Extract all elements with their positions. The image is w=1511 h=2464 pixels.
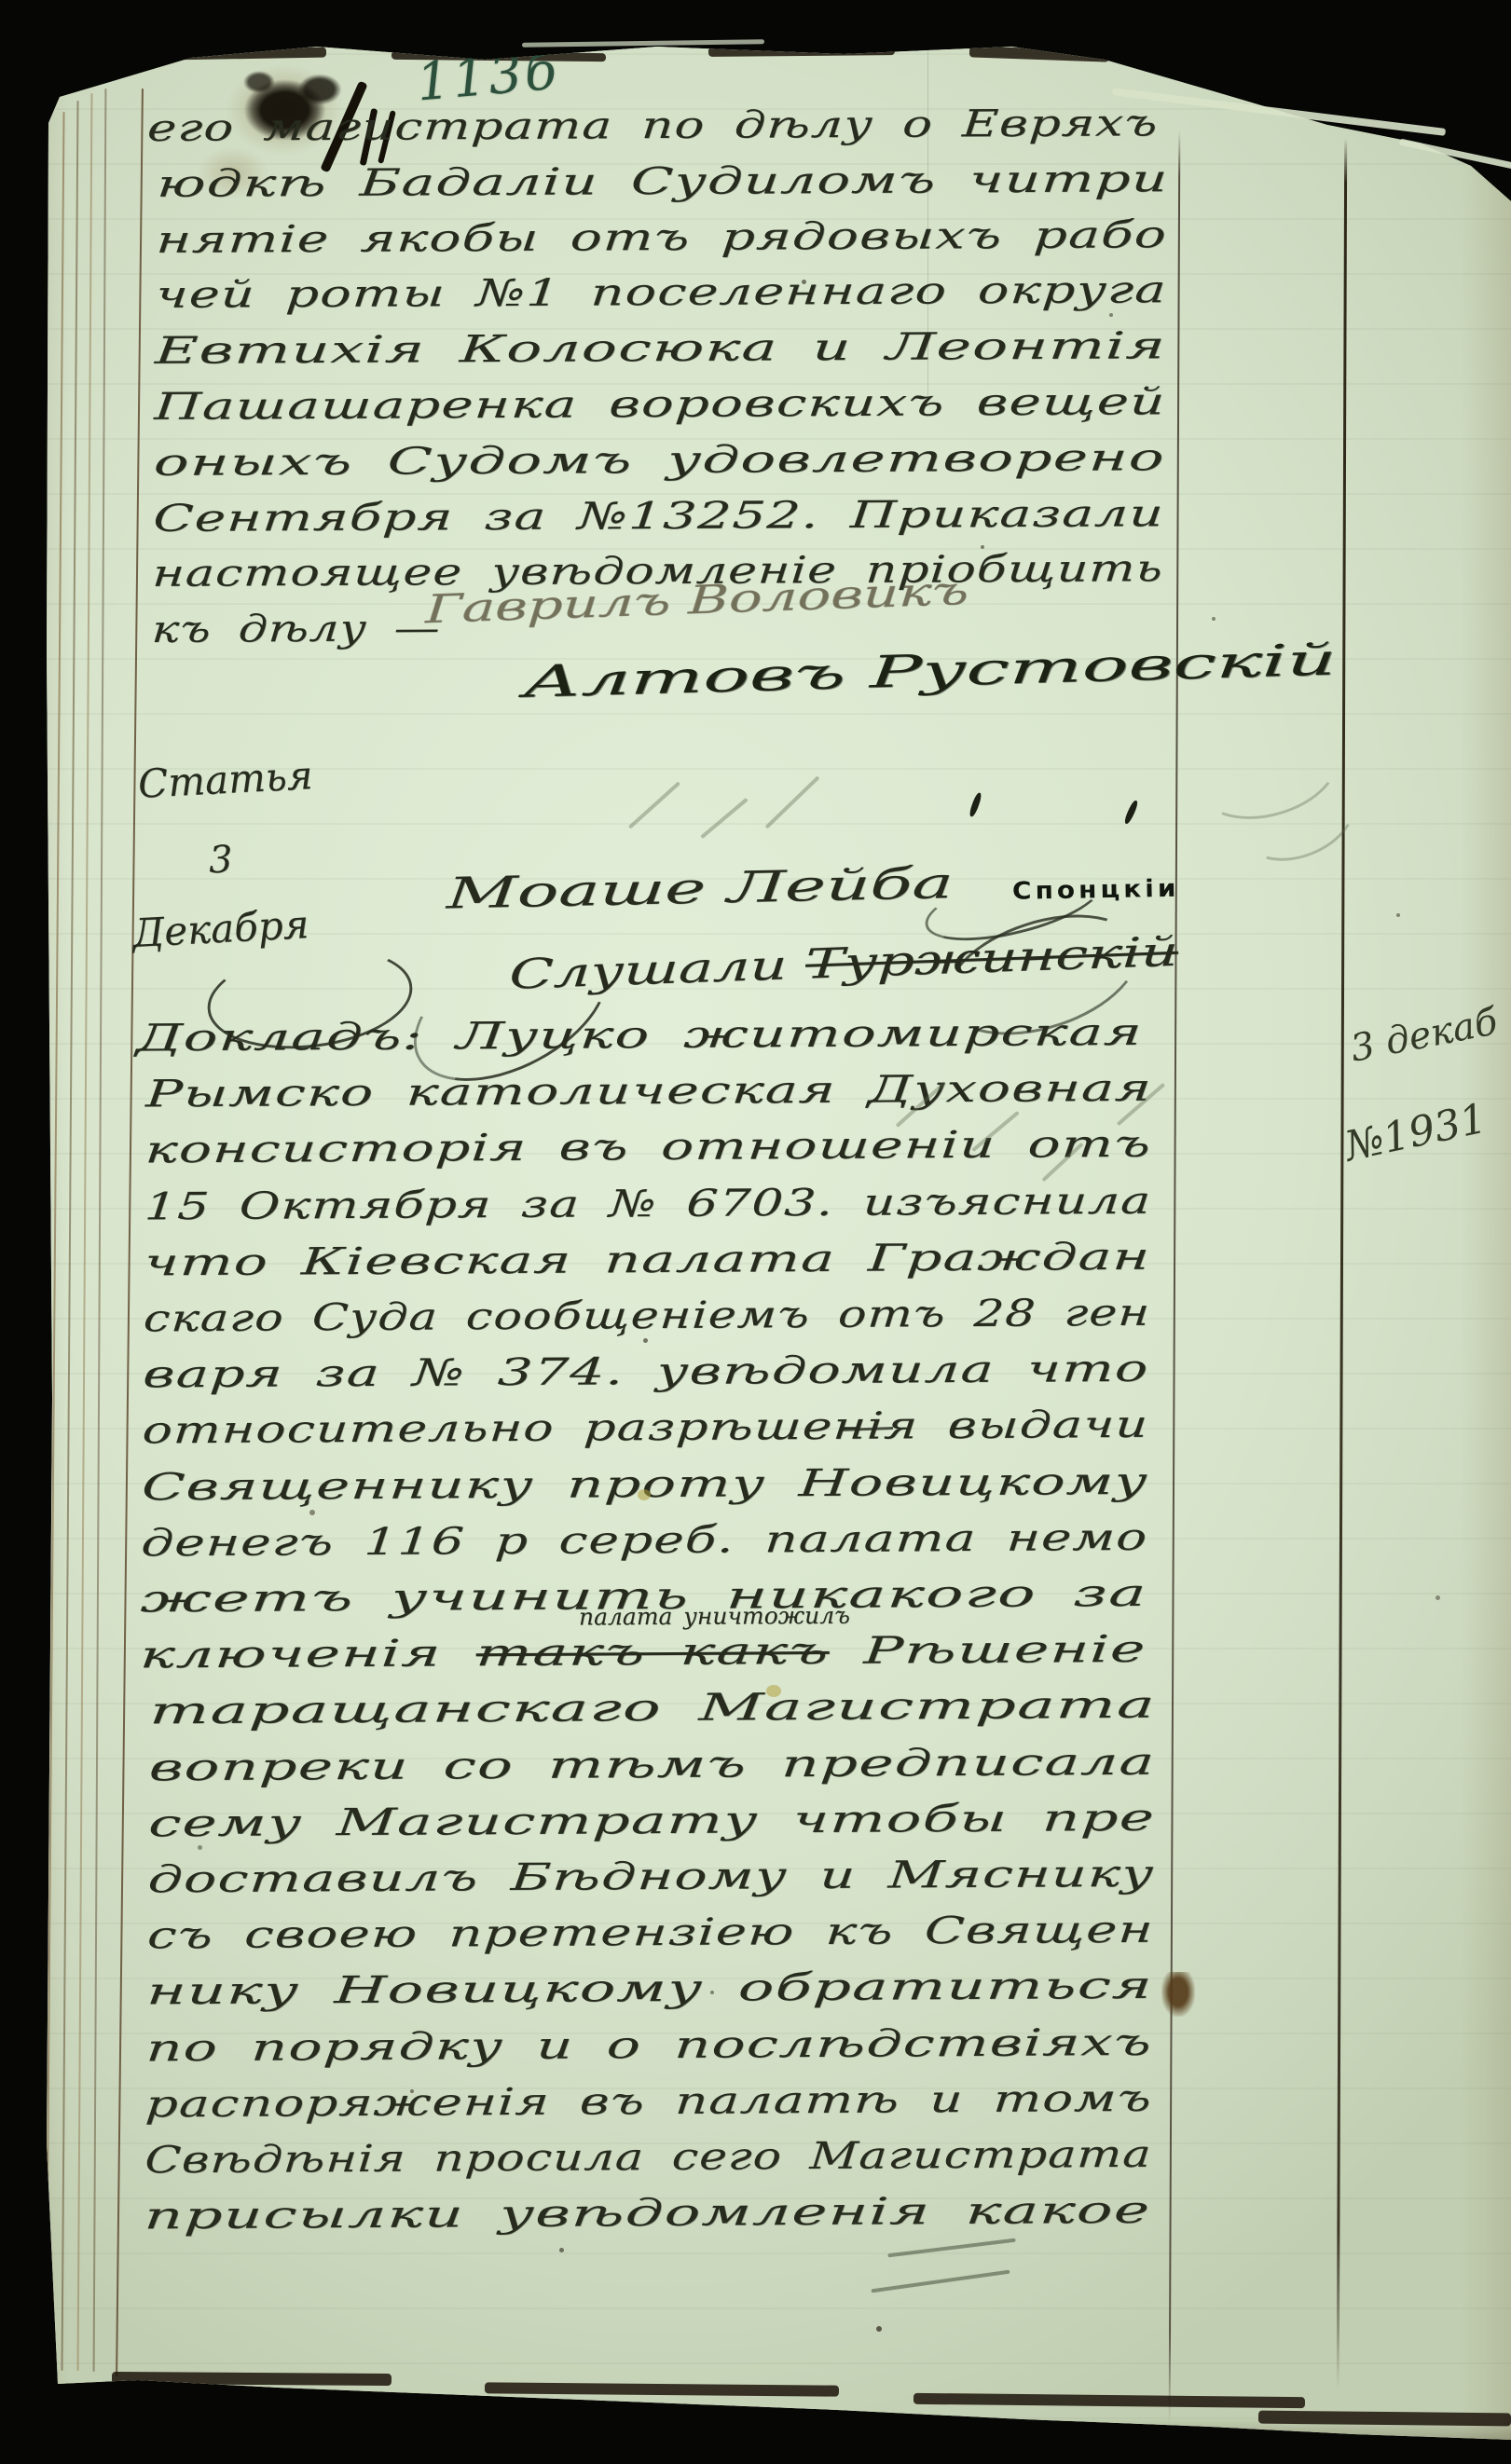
speck xyxy=(1435,1595,1440,1600)
margin-note-number: 3 xyxy=(208,839,233,883)
manuscript-line: оныхъ Судомъ удовлетворено xyxy=(153,438,803,485)
manuscript-line-text: нику Новицкому обратиться xyxy=(145,1964,1154,2014)
manuscript-line: Пашашаренка воровскихъ вещей xyxy=(154,382,859,429)
manuscript-line-text: доставилъ Бѣдному и Мяснику xyxy=(146,1853,1156,1902)
manuscript-line-text: Священнику проту Новицкому xyxy=(141,1459,1150,1509)
manuscript-line: вопреки со тѣмъ предписала xyxy=(148,1743,794,1789)
manuscript-line-text: его магистрата по дѣлу о Евряхъ xyxy=(146,102,1161,150)
manuscript-line: Свѣдѣнія просила сего Магистрата xyxy=(144,2134,947,2182)
manuscript-line: по порядку и о послѣдствіяхъ xyxy=(145,2023,820,2070)
manuscript-line-text: 15 Октября за № 6703. изъяснила xyxy=(144,1179,1153,1228)
margin-note-date: 3 декаб xyxy=(1347,1000,1501,1071)
manuscript-line: варя за № 374. увѣдомила что xyxy=(142,1349,831,1397)
manuscript-line: относительно разрѣшенія выдачи xyxy=(142,1405,898,1453)
manuscript-line: таращанскаго Магистрата xyxy=(148,1687,749,1733)
pencil-hatch xyxy=(765,775,820,828)
name-line: Моаше Лейба xyxy=(445,861,761,918)
folio-number: 113б xyxy=(414,40,561,113)
torn-edge xyxy=(708,46,895,57)
manuscript-line-text: консисторія въ отношеніи отъ xyxy=(144,1123,1153,1172)
manuscript-line-text: что Кіевская палата Граждан xyxy=(143,1236,1152,1285)
manuscript-line-text: относительно разрѣшенія выдачи xyxy=(141,1403,1149,1453)
speck xyxy=(643,1338,648,1343)
torn-edge xyxy=(1258,2411,1511,2427)
manuscript-line-text: Пашашаренка воровскихъ вещей xyxy=(153,380,1167,429)
manuscript-line-text: распоряженія въ палатѣ и томъ xyxy=(144,2077,1154,2127)
manuscript-line: 15 Октября за № 6703. изъяснила xyxy=(144,1181,904,1228)
manuscript-line: присылки увѣдомленія какое xyxy=(144,2191,775,2238)
manuscript-line-text: варя за № 374. увѣдомила что xyxy=(142,1348,1150,1397)
manuscript-line: Сентября за №13252. Приказали xyxy=(152,493,872,540)
manuscript-line: Евтихія Колосюка и Леонтія xyxy=(154,326,800,373)
torn-edge xyxy=(969,46,1109,62)
signature-text: Алтовъ Рустовскій xyxy=(522,634,1337,707)
manuscript-line: съ своею претензіею къ Священ xyxy=(146,1910,869,1958)
manuscript-line-text: присылки увѣдомленія какое xyxy=(144,2189,1152,2238)
right-margin-rule-inner xyxy=(1169,130,1181,2423)
interlinear-insertion: палата уничтожилъ xyxy=(579,1602,850,1631)
pencil-hatch xyxy=(628,781,680,828)
right-margin-rule-outer xyxy=(1337,138,1347,2389)
manuscript-line-text: Рымско католическая Духовная xyxy=(144,1067,1153,1116)
torn-paper-sliver xyxy=(522,39,764,48)
manuscript-line-text: юдкѣ Бадаліи Судиломъ читри xyxy=(156,157,1170,206)
manuscript-line-text: Свѣдѣнія просила сего Магистрата xyxy=(144,2133,1153,2183)
manuscript-line: къ дѣлу — xyxy=(151,608,389,651)
manuscript-line: Священнику проту Новицкому xyxy=(141,1462,810,1509)
pen-rest-mark xyxy=(968,792,983,818)
manuscript-line: скаго Суда сообщеніемъ отъ 28 ген xyxy=(143,1293,940,1340)
paper-stain xyxy=(638,1489,651,1500)
scanned-document-page: 113б его магистрата по дѣлу о Евряхъюдкѣ… xyxy=(0,0,1511,2464)
speck xyxy=(1212,617,1216,621)
manuscript-line: доставилъ Бѣдному и Мяснику xyxy=(147,1855,839,1902)
manuscript-line: его магистрата по дѣлу о Евряхъ xyxy=(146,103,914,150)
name-text: Моаше Лейба xyxy=(446,857,955,918)
manuscript-line-text: оныхъ Судомъ удовлетворено xyxy=(153,436,1167,485)
manuscript-line-text: Евтихія Колосюка и Леонтія xyxy=(154,324,1167,373)
speck xyxy=(198,1845,202,1850)
page-stack-edge xyxy=(77,93,93,2371)
manuscript-line: ключенія такъ какъ Рѣшеніепалата уничтож… xyxy=(139,1630,782,1677)
manuscript-line: консисторія въ отношеніи отъ xyxy=(144,1125,840,1172)
pencil-hatch xyxy=(700,798,749,839)
manuscript-line-text: вопреки со тѣмъ предписала xyxy=(148,1740,1157,1789)
manuscript-line: денегъ 116 р сереб. палата немо xyxy=(140,1517,879,1565)
manuscript-line: сему Магистрату чтобы пре xyxy=(147,1799,796,1845)
margin-note-number: №1931 xyxy=(1340,1095,1490,1171)
page-stack-edge xyxy=(61,101,78,2371)
manuscript-line-text: скаго Суда сообщеніемъ отъ 28 ген xyxy=(143,1292,1152,1341)
pencil-dash xyxy=(871,2270,1010,2293)
manuscript-line: чей роты №1 поселеннаго округа xyxy=(155,270,887,317)
manuscript-line-text: денегъ 116 р сереб. палата немо xyxy=(140,1516,1149,1566)
torn-edge xyxy=(913,2393,1305,2408)
manuscript-line: что Кіевская палата Граждан xyxy=(143,1238,820,1284)
manuscript-line-text: съ своею претензіею къ Священ xyxy=(146,1909,1156,1958)
manuscript-line: нику Новицкому обратиться xyxy=(145,1967,779,2014)
manuscript-line-text: ключенія такъ какъ Рѣшеніе xyxy=(139,1628,1147,1677)
page-stack-edge xyxy=(93,89,107,2372)
manuscript-line: юдкѣ Бадаліи Судиломъ читри xyxy=(156,159,842,206)
paper-stain xyxy=(766,1685,781,1697)
pen-rest-mark xyxy=(1123,800,1139,826)
speck xyxy=(876,2326,882,2332)
line-segment: Рѣшеніе xyxy=(828,1628,1147,1673)
speck xyxy=(1396,913,1400,917)
pencil-dash xyxy=(887,2238,1015,2258)
paper-stain xyxy=(1161,1972,1195,2017)
speck xyxy=(1109,313,1113,317)
manuscript-line-text: къ дѣлу — xyxy=(151,607,443,651)
margin-note-article: Статья xyxy=(137,752,314,807)
speck xyxy=(410,2089,414,2093)
manuscript-line: нятіе якобы отъ рядовыхъ рабо xyxy=(156,214,875,261)
margin-note-month: Декабря xyxy=(131,901,310,956)
signature-bold: Алтовъ Рустовскій xyxy=(521,644,985,708)
manuscript-line-text: Сентября за №13252. Приказали xyxy=(152,492,1166,541)
manuscript-line-text: таращанскаго Магистрата xyxy=(148,1684,1157,1733)
manuscript-line-text: по порядку и о послѣдствіяхъ xyxy=(144,2020,1153,2070)
torn-edge xyxy=(168,48,326,61)
speck xyxy=(981,545,984,549)
left-margin-rule xyxy=(116,89,144,2376)
printed-surname: Спонцкіи xyxy=(1012,874,1180,905)
line-segment: ключенія xyxy=(139,1632,477,1677)
manuscript-line-text: сему Магистрату чтобы пре xyxy=(147,1797,1157,1846)
speck xyxy=(710,1991,714,1994)
speck xyxy=(559,2248,564,2252)
manuscript-line-text: нятіе якобы отъ рядовыхъ рабо xyxy=(155,213,1168,262)
struck-text: такъ какъ xyxy=(474,1630,831,1675)
manuscript-paper: 113б его магистрата по дѣлу о Евряхъюдкѣ… xyxy=(0,0,1511,2464)
torn-edge xyxy=(485,2382,839,2396)
speck xyxy=(309,1510,315,1515)
torn-edge xyxy=(112,2372,391,2386)
manuscript-line-text: чей роты №1 поселеннаго округа xyxy=(155,269,1169,318)
page-stack-edge xyxy=(45,112,64,2367)
speck xyxy=(802,280,806,284)
manuscript-line: распоряженія въ палатѣ и томъ xyxy=(144,2078,888,2126)
